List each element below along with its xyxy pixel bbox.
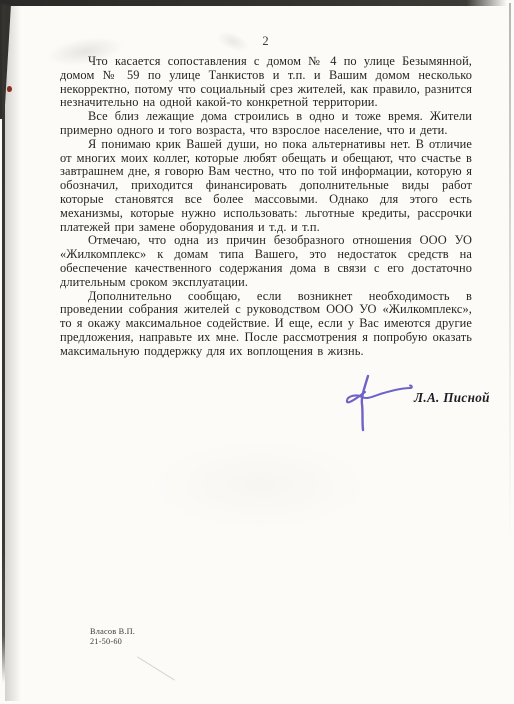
- page-left-shadow: [5, 6, 21, 701]
- letter-paragraph: Дополнительно сообщаю, если возникнет не…: [60, 290, 472, 359]
- scanned-letter-page: 2 Что касается сопоставления с домом № 4…: [0, 0, 514, 704]
- executor-note: Власов В.П. 21-50-60: [90, 627, 135, 647]
- executor-name: Власов В.П.: [90, 627, 135, 637]
- scanner-edge-top: [0, 0, 507, 6]
- signature-block: [300, 362, 420, 454]
- scratch-mark: [137, 656, 175, 680]
- letter-paragraph: Все близ лежащие дома строились в одно и…: [60, 110, 472, 138]
- page-right-edge: [509, 3, 511, 543]
- letter-body: Что касается сопоставления с домом № 4 п…: [60, 55, 472, 359]
- letter-paragraph: Отмечаю, что одна из причин безобразного…: [60, 234, 472, 289]
- red-ink-mark: [7, 86, 12, 92]
- letter-paragraph: Что касается сопоставления с домом № 4 п…: [60, 55, 472, 110]
- signatory-name: Л.А. Писной: [414, 390, 509, 406]
- signature-loop-stroke: [347, 386, 412, 403]
- executor-phone: 21-50-60: [90, 637, 135, 647]
- page-number: 2: [60, 34, 472, 49]
- signature-ink: [300, 362, 420, 454]
- signature-vertical-stroke: [362, 376, 368, 430]
- letter-paragraph: Я понимаю крик Вашей души, но пока альте…: [60, 138, 472, 235]
